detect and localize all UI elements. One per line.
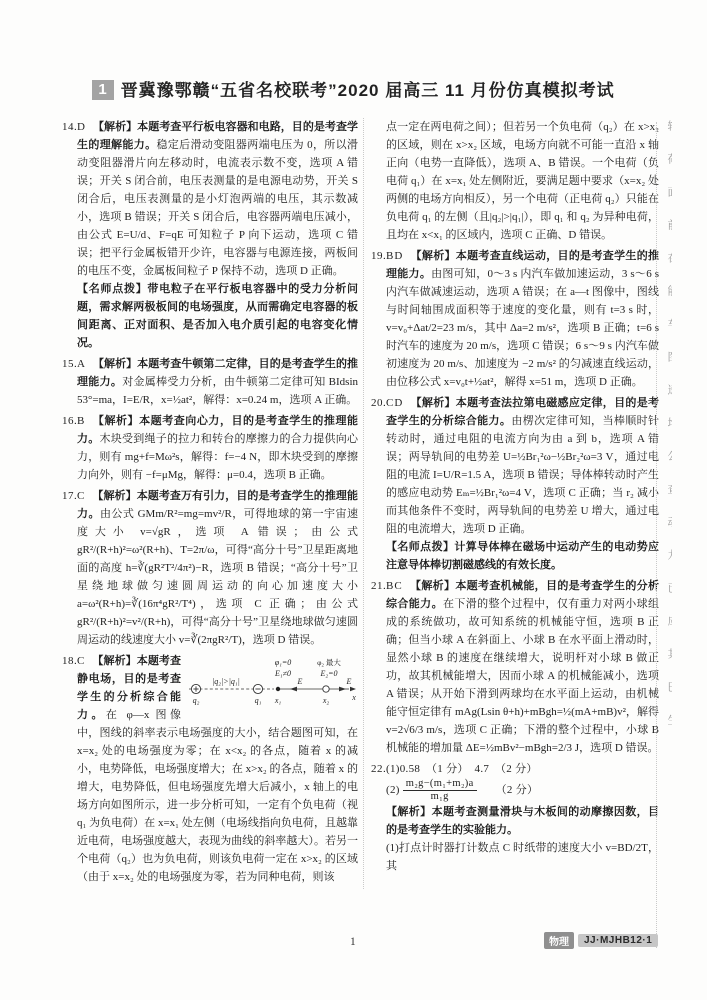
phi1-label: φ₁=0 (275, 658, 292, 667)
analysis-paragraph: B【解析】本题考查向心力，目的是考查学生的推理能力。木块受到绳子的拉力和转台的摩… (77, 412, 358, 484)
solution-item-19: 19. BD【解析】本题考查直线运动，目的是考查学生的推理能力。由图可知，0～3… (371, 247, 659, 391)
answer-line-2: (2)m₂g−(m₁+m₂)am₁g（2 分） (386, 778, 659, 803)
right-column: 点一定在两电荷之间）；但若另一个负电荷（q₂）在 x>x₂ 的区域，则在 x>x… (371, 118, 659, 889)
analysis-body: 在下滑的整个过程中，仅有重力对两小球组成的系统做功，故可知系统的机械能守恒，选项… (386, 598, 659, 754)
solution-item-22: 22. (1)0.58 （1 分） 4.7 （2 分） (2)m₂g−(m₁+m… (371, 760, 659, 875)
analysis-body: 由楞次定律可知，当棒顺时针转动时，通过电阻的电流方向为由 a 到 b，选项 A … (386, 415, 659, 535)
title-text: 晋冀豫鄂赣“五省名校联考”2020 届高三 11 月份仿真模拟考试 (121, 81, 615, 100)
e2-label: E₂=0 (319, 669, 337, 678)
answer-letters: A (77, 358, 86, 370)
analysis-paragraph: A【解析】本题考查牛顿第二定律，目的是考查学生的推理能力。对金属棒受力分析，由牛… (77, 355, 358, 409)
x-axis-label: x (351, 693, 356, 702)
answer-letters: BC (386, 580, 403, 592)
subject-badge: 物理 (544, 932, 574, 949)
right-column-divider (656, 122, 657, 948)
question-number: 22. (371, 760, 386, 778)
paper-code-badge: JJ·MJHB12·1 (578, 934, 658, 947)
question-number: 19. (371, 247, 386, 265)
phi2-label: φ₂ 最大 (317, 657, 341, 667)
answer-2-fraction: m₂g−(m₁+m₂)am₁g (403, 778, 477, 803)
question-number: 21. (371, 577, 386, 595)
answer-letters: BD (386, 250, 403, 262)
field-E-right-label: E (346, 677, 352, 686)
analysis-body: 由图可知，0～3 s 内汽车做加速运动，3 s～6 s 内汽车做减速运动，选项 … (386, 268, 659, 388)
page-number: 1 (350, 936, 356, 948)
analysis-lead: 【解析】本题考查测量滑块与木板间的动摩擦因数，目的是考查学生的实验能力。 (386, 806, 659, 836)
analysis-body: 由公式 GMm/R²=mg=mv²/R，可得地球的第一宇宙速度大小 v=√gR，… (77, 508, 358, 646)
teacher-tip-paragraph: 【名师点拨】带电粒子在平行板电容器中的受力分析问题，需求解两极板间的电场强度，从… (77, 280, 358, 352)
analysis-body: (1)打点计时器打计数点 C 时纸带的速度大小 v=BD/2T，其 (386, 839, 659, 875)
field-arrow-right (339, 687, 346, 692)
page-edge-cut-text: 轴荷面前在能车图速均公查动九已应其巴生 (664, 120, 672, 966)
answer-letters: CD (386, 397, 403, 409)
analysis-paragraph: BC【解析】本题考查机械能，目的是考查学生的分析综合能力。在下滑的整个过程中，仅… (386, 577, 659, 757)
solution-item-16: 16. B【解析】本题考查向心力，目的是考查学生的推理能力。木块受到绳子的拉力和… (62, 412, 358, 484)
answer-letters: C (77, 655, 85, 667)
e1-label: E₁≠0 (274, 669, 291, 678)
q1-label: q₁ (255, 696, 262, 705)
solution-item-14: 14. D【解析】本题考查平行板电容器和电路，目的是考查学生的理解能力。稳定后滑… (62, 118, 358, 352)
analysis-body: 木块受到绳子的拉力和转台的摩擦力的合力提供向心力，则有 mg+f=Mω²s，解得… (77, 433, 358, 481)
analysis-body: 在 φ—x 图像中，图线的斜率表示电场强度的大小，结合题图可知，在 x=x₂ 处… (77, 709, 358, 883)
teacher-tip-paragraph: 【名师点拨】计算导体棒在磁场中运动产生的电动势应注意导体棒切割磁感线的有效长度。 (386, 538, 659, 574)
analysis-continuation: 点一定在两电荷之间）；但若另一个负电荷（q₂）在 x>x₂ 的区域，则在 x>x… (386, 118, 659, 244)
question-number: 18. (62, 652, 77, 670)
solution-item-17: 17. C【解析】本题考查万有引力，目的是考查学生的推理能力。由公式 GMm/R… (62, 487, 358, 649)
analysis-paragraph: 【解析】本题考查测量滑块与木板间的动摩擦因数，目的是考查学生的实验能力。 (386, 803, 659, 839)
answer-2-prefix: (2) (386, 784, 400, 796)
analysis-paragraph: BD【解析】本题考查直线运动，目的是考查学生的推理能力。由图可知，0～3 s 内… (386, 247, 659, 391)
x2-label: x₂ (322, 696, 330, 705)
analysis-paragraph: |q₂|>|q₁| q₂ q₁ x₁ x₂ φ₁=0 E₁≠0 φ₂ 最大 E₂… (77, 652, 358, 886)
answer-letters: D (77, 121, 86, 133)
analysis-paragraph: CD【解析】本题考查法拉第电磁感应定律，目的是考查学生的分析综合能力。由楞次定律… (386, 394, 659, 538)
footer-badges: 物理 JJ·MJHB12·1 (544, 932, 658, 949)
question-number: 15. (62, 355, 77, 373)
solution-item-21: 21. BC【解析】本题考查机械能，目的是考查学生的分析综合能力。在下滑的整个过… (371, 577, 659, 757)
x1-label: x₁ (274, 696, 282, 705)
scanned-answer-page: 1晋冀豫鄂赣“五省名校联考”2020 届高三 11 月份仿真模拟考试 14. D… (0, 0, 707, 1000)
point-x2-circle (323, 686, 329, 692)
field-arrow-left (290, 687, 297, 692)
positive-charge-icon (191, 684, 200, 693)
answer-letters: C (77, 490, 85, 502)
field-E-left-label: E (297, 677, 303, 686)
left-column: 14. D【解析】本题考查平行板电容器和电路，目的是考查学生的理解能力。稳定后滑… (62, 118, 364, 889)
solution-item-18-continuation: 点一定在两电荷之间）；但若另一个负电荷（q₂）在 x>x₂ 的区域，则在 x>x… (371, 118, 659, 244)
analysis-body: 稳定后滑动变阻器两端电压为 0，所以滑动变阻器滑片向左移动时，电流表示数不变，选… (77, 139, 358, 277)
two-column-layout: 14. D【解析】本题考查平行板电容器和电路，目的是考查学生的理解能力。稳定后滑… (62, 118, 662, 889)
analysis-paragraph: D【解析】本题考查平行板电容器和电路，目的是考查学生的理解能力。稳定后滑动变阻器… (77, 118, 358, 280)
point-x1-dot (276, 687, 280, 691)
analysis-paragraph: C【解析】本题考查万有引力，目的是考查学生的推理能力。由公式 GMm/R²=mg… (77, 487, 358, 649)
fraction-denominator: m₁g (403, 791, 477, 803)
charge-magnitude-label: |q₂|>|q₁| (212, 677, 240, 686)
fraction-numerator: m₂g−(m₁+m₂)a (403, 778, 477, 791)
page-title: 1晋冀豫鄂赣“五省名校联考”2020 届高三 11 月份仿真模拟考试 (0, 76, 707, 101)
x-axis-arrowhead (350, 687, 356, 691)
answer-letters: B (77, 415, 85, 427)
question-number: 20. (371, 394, 386, 412)
answer-2-score: （2 分） (496, 784, 539, 796)
question-number: 14. (62, 118, 77, 136)
solution-item-20: 20. CD【解析】本题考查法拉第电磁感应定律，目的是考查学生的分析综合能力。由… (371, 394, 659, 574)
question-number: 16. (62, 412, 77, 430)
answer-line-1: (1)0.58 （1 分） 4.7 （2 分） (386, 760, 659, 778)
solution-item-18: 18. (62, 652, 358, 886)
electric-field-charge-diagram: |q₂|>|q₁| q₂ q₁ x₁ x₂ φ₁=0 E₁≠0 φ₂ 最大 E₂… (186, 653, 358, 709)
solution-item-15: 15. A【解析】本题考查牛顿第二定律，目的是考查学生的推理能力。对金属棒受力分… (62, 355, 358, 409)
negative-charge-icon (253, 684, 262, 693)
q2-label: q₂ (193, 696, 200, 705)
question-number: 17. (62, 487, 77, 505)
title-index-badge: 1 (92, 80, 113, 100)
